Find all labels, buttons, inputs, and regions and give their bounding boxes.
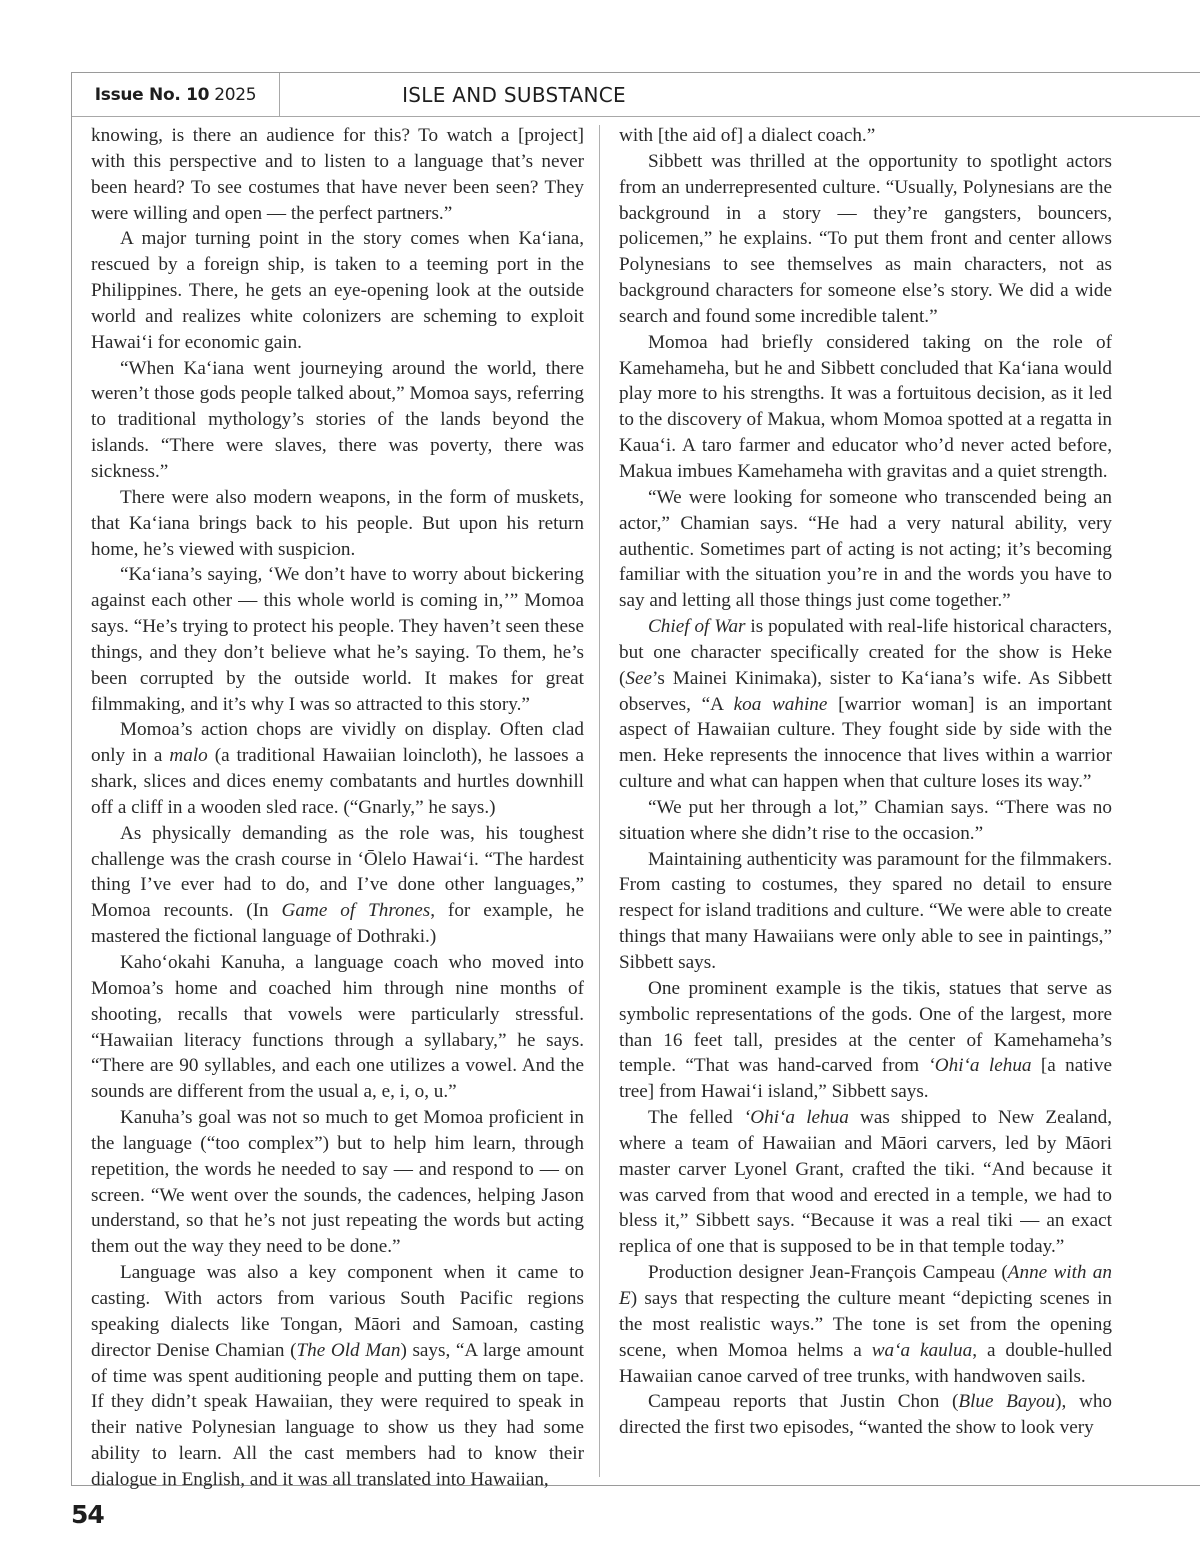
paragraph: Language was also a key component when i…	[91, 1260, 584, 1493]
paragraph: Campeau reports that Justin Chon (Blue B…	[619, 1389, 1112, 1441]
paragraph: knowing, is there an audience for this? …	[91, 123, 584, 226]
page-number: 54	[71, 1500, 104, 1529]
text-run: Campeau reports that Justin Chon (	[648, 1391, 958, 1412]
italic-term: ‘Ohi‘a lehua	[928, 1055, 1031, 1076]
italic-title: Chief of War	[648, 616, 746, 637]
italic-term: koa wahine	[734, 694, 828, 715]
page-frame: Issue No. 10 2025 ISLE AND SUBSTANCE kno…	[71, 72, 1200, 1486]
paragraph: Momoa’s action chops are vividly on disp…	[91, 717, 584, 820]
issue-number: Issue No. 10	[95, 85, 209, 105]
left-column: knowing, is there an audience for this? …	[91, 123, 584, 1493]
paragraph: Chief of War is populated with real-life…	[619, 614, 1112, 795]
text-run: The felled	[648, 1107, 744, 1128]
italic-title: See	[625, 668, 652, 689]
italic-title: Game of Thrones	[282, 900, 431, 921]
italic-term: malo	[169, 745, 207, 766]
paragraph: with [the aid of] a dialect coach.”	[619, 123, 1112, 149]
running-header: Issue No. 10 2025 ISLE AND SUBSTANCE	[72, 73, 1200, 117]
magazine-title: ISLE AND SUBSTANCE	[280, 73, 748, 117]
text-run: ) says, “A large amount of time was spen…	[91, 1340, 584, 1490]
paragraph: Kaho‘okahi Kanuha, a language coach who …	[91, 950, 584, 1105]
paragraph: Sibbett was thrilled at the opportunity …	[619, 149, 1112, 330]
paragraph: Kanuha’s goal was not so much to get Mom…	[91, 1105, 584, 1260]
italic-term: wa‘a kaulua	[872, 1340, 973, 1361]
paragraph: Production designer Jean-François Campea…	[619, 1260, 1112, 1389]
paragraph: The felled ‘Ohi‘a lehua was shipped to N…	[619, 1105, 1112, 1260]
paragraph: Maintaining authenticity was paramount f…	[619, 847, 1112, 976]
paragraph: Momoa had briefly considered taking on t…	[619, 330, 1112, 485]
issue-year: 2025	[214, 85, 256, 105]
text-run: was shipped to New Zealand, where a team…	[619, 1107, 1112, 1257]
paragraph: One prominent example is the tikis, stat…	[619, 976, 1112, 1105]
italic-title: Blue Bayou	[958, 1391, 1055, 1412]
italic-title: The Old Man	[296, 1340, 400, 1361]
paragraph: “We were looking for someone who transce…	[619, 485, 1112, 614]
paragraph: As physically demanding as the role was,…	[91, 821, 584, 950]
right-column: with [the aid of] a dialect coach.” Sibb…	[619, 123, 1112, 1441]
issue-info: Issue No. 10 2025	[72, 73, 280, 117]
paragraph: “When Ka‘iana went journeying around the…	[91, 356, 584, 485]
column-divider	[599, 125, 600, 1477]
paragraph: A major turning point in the story comes…	[91, 226, 584, 355]
text-run: Production designer Jean-François Campea…	[648, 1262, 1008, 1283]
paragraph: “We put her through a lot,” Chamian says…	[619, 795, 1112, 847]
paragraph: “Ka‘iana’s saying, ‘We don’t have to wor…	[91, 562, 584, 717]
italic-term: ‘Ohi‘a lehua	[744, 1107, 849, 1128]
paragraph: There were also modern weapons, in the f…	[91, 485, 584, 563]
